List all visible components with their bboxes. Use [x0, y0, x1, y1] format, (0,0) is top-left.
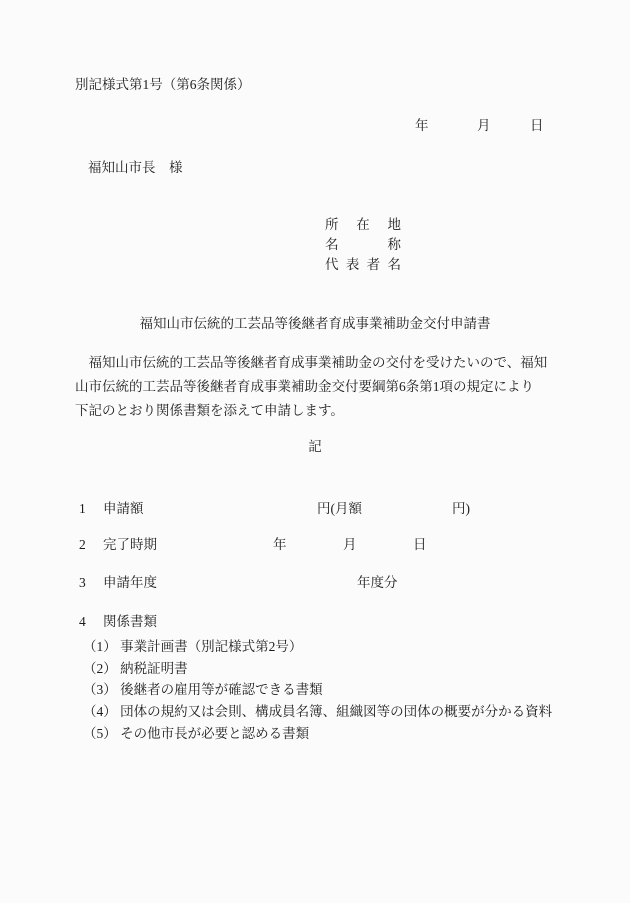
item-fiscal-year: 3 申請年度 年度分: [0, 574, 630, 592]
form-number: 別記様式第1号（第6条関係）: [75, 76, 251, 93]
item-related-documents: 4 関係書類: [0, 613, 630, 631]
completion-day-label: 日: [413, 536, 427, 553]
date-line: 年 月 日: [0, 117, 630, 135]
body-line-3: 下記のとおり関係書類を添えて申請します。: [75, 399, 547, 423]
application-form-page: 別記様式第1号（第6条関係） 年 月 日 福知山市長 様 所在地 名称 代表者名…: [0, 0, 630, 903]
record-marker: 記: [0, 438, 630, 455]
applicant-representative-label: 代表者名: [325, 255, 401, 275]
body-line-1: 福知山市伝統的工芸品等後継者育成事業補助金の交付を受けたいので、福知: [75, 351, 547, 375]
item-1-number: 1: [79, 500, 86, 517]
documents-list: （1） 事業計画書（別記様式第2号） （2） 納税証明書 （3） 後継者の雇用等…: [83, 636, 552, 745]
completion-month-label: 月: [343, 536, 357, 553]
applicant-address-label: 所在地: [325, 215, 401, 235]
yen-close-label: 円): [452, 500, 470, 517]
document-item-5: （5） その他市長が必要と認める書類: [83, 723, 552, 745]
completion-year-label: 年: [273, 536, 287, 553]
fiscal-year-suffix-label: 年度分: [357, 574, 398, 591]
document-item-4: （4） 団体の規約又は会則、構成員名簿、組織図等の団体の概要が分かる資料: [83, 701, 552, 723]
item-3-number: 3: [79, 574, 86, 591]
body-line-2: 山市伝統的工芸品等後継者育成事業補助金交付要綱第6条第1項の規定により: [75, 375, 547, 399]
date-day-label: 日: [530, 117, 544, 134]
applicant-name-label: 名称: [325, 235, 401, 255]
date-year-label: 年: [415, 117, 429, 134]
item-completion-date: 2 完了時期 年 月 日: [0, 536, 630, 554]
item-3-label: 申請年度: [103, 574, 157, 591]
body-paragraph: 福知山市伝統的工芸品等後継者育成事業補助金の交付を受けたいので、福知 山市伝統的…: [75, 351, 547, 423]
item-2-number: 2: [79, 536, 86, 553]
item-2-label: 完了時期: [103, 536, 157, 553]
addressee: 福知山市長 様: [88, 159, 183, 176]
document-item-3: （3） 後継者の雇用等が確認できる書類: [83, 679, 552, 701]
form-title: 福知山市伝統的工芸品等後継者育成事業補助金交付申請書: [0, 315, 630, 332]
item-4-number: 4: [79, 613, 86, 630]
item-application-amount: 1 申請額 円(月額 円): [0, 500, 630, 518]
item-1-label: 申請額: [103, 500, 144, 517]
document-item-2: （2） 納税証明書: [83, 658, 552, 680]
yen-monthly-open-label: 円(月額: [317, 500, 362, 517]
item-4-label: 関係書類: [103, 613, 157, 630]
applicant-block: 所在地 名称 代表者名: [325, 215, 401, 275]
document-item-1: （1） 事業計画書（別記様式第2号）: [83, 636, 552, 658]
date-month-label: 月: [477, 117, 491, 134]
